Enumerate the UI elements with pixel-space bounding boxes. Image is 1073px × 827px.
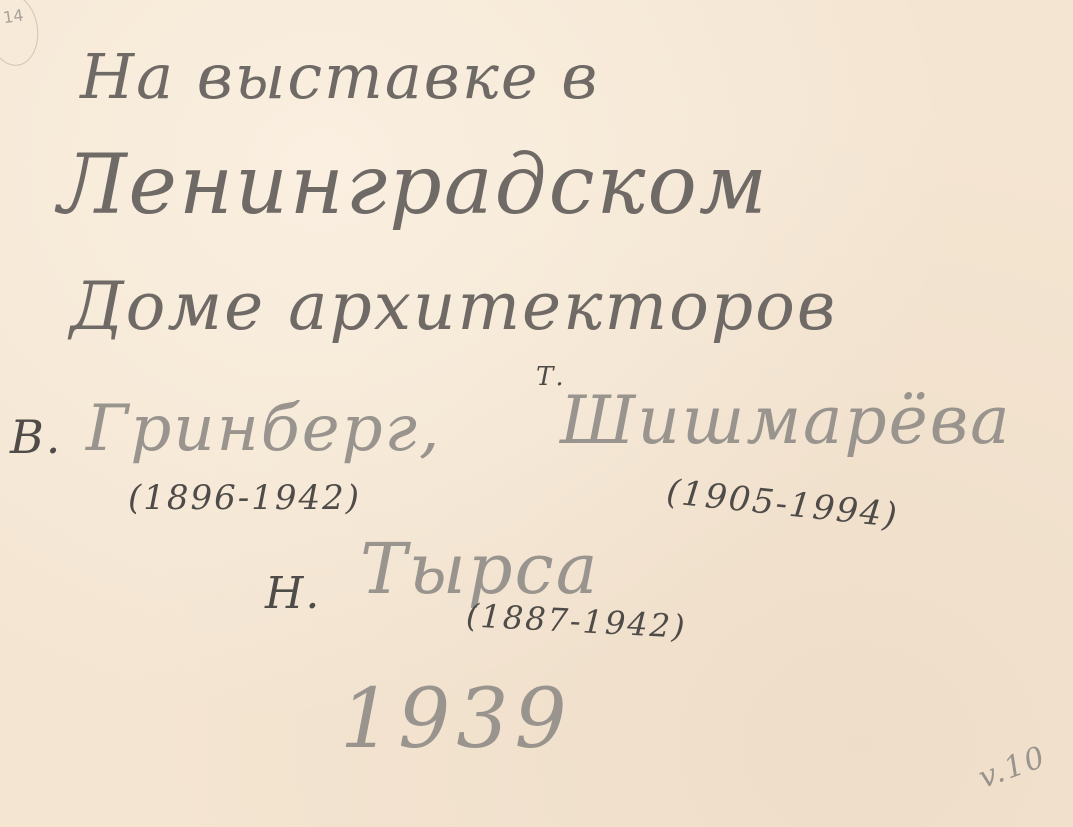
- archive-mark-number: 14: [2, 6, 25, 28]
- photo-reverse-paper: 14 На выставке в Ленинградском Доме архи…: [0, 0, 1073, 827]
- name-3-initial: Н.: [265, 568, 321, 619]
- name-2-surname: Шишмарёва: [560, 382, 1011, 459]
- name-1-surname: Гринберг,: [86, 392, 441, 466]
- inscription-year: 1939: [340, 672, 573, 767]
- name-1-dates: (1896-1942): [128, 478, 361, 518]
- name-1-initial: В.: [10, 410, 62, 464]
- inscription-line-1: На выставке в: [80, 40, 599, 113]
- corner-note: v.10: [974, 739, 1051, 796]
- inscription-line-2: Ленинградском: [58, 138, 769, 233]
- inscription-line-3: Доме архитекторов: [70, 268, 837, 345]
- name-2-dates: (1905-1994): [665, 472, 901, 536]
- name-3-dates: (1887-1942): [465, 596, 687, 645]
- archive-circle-mark: 14: [0, 0, 43, 69]
